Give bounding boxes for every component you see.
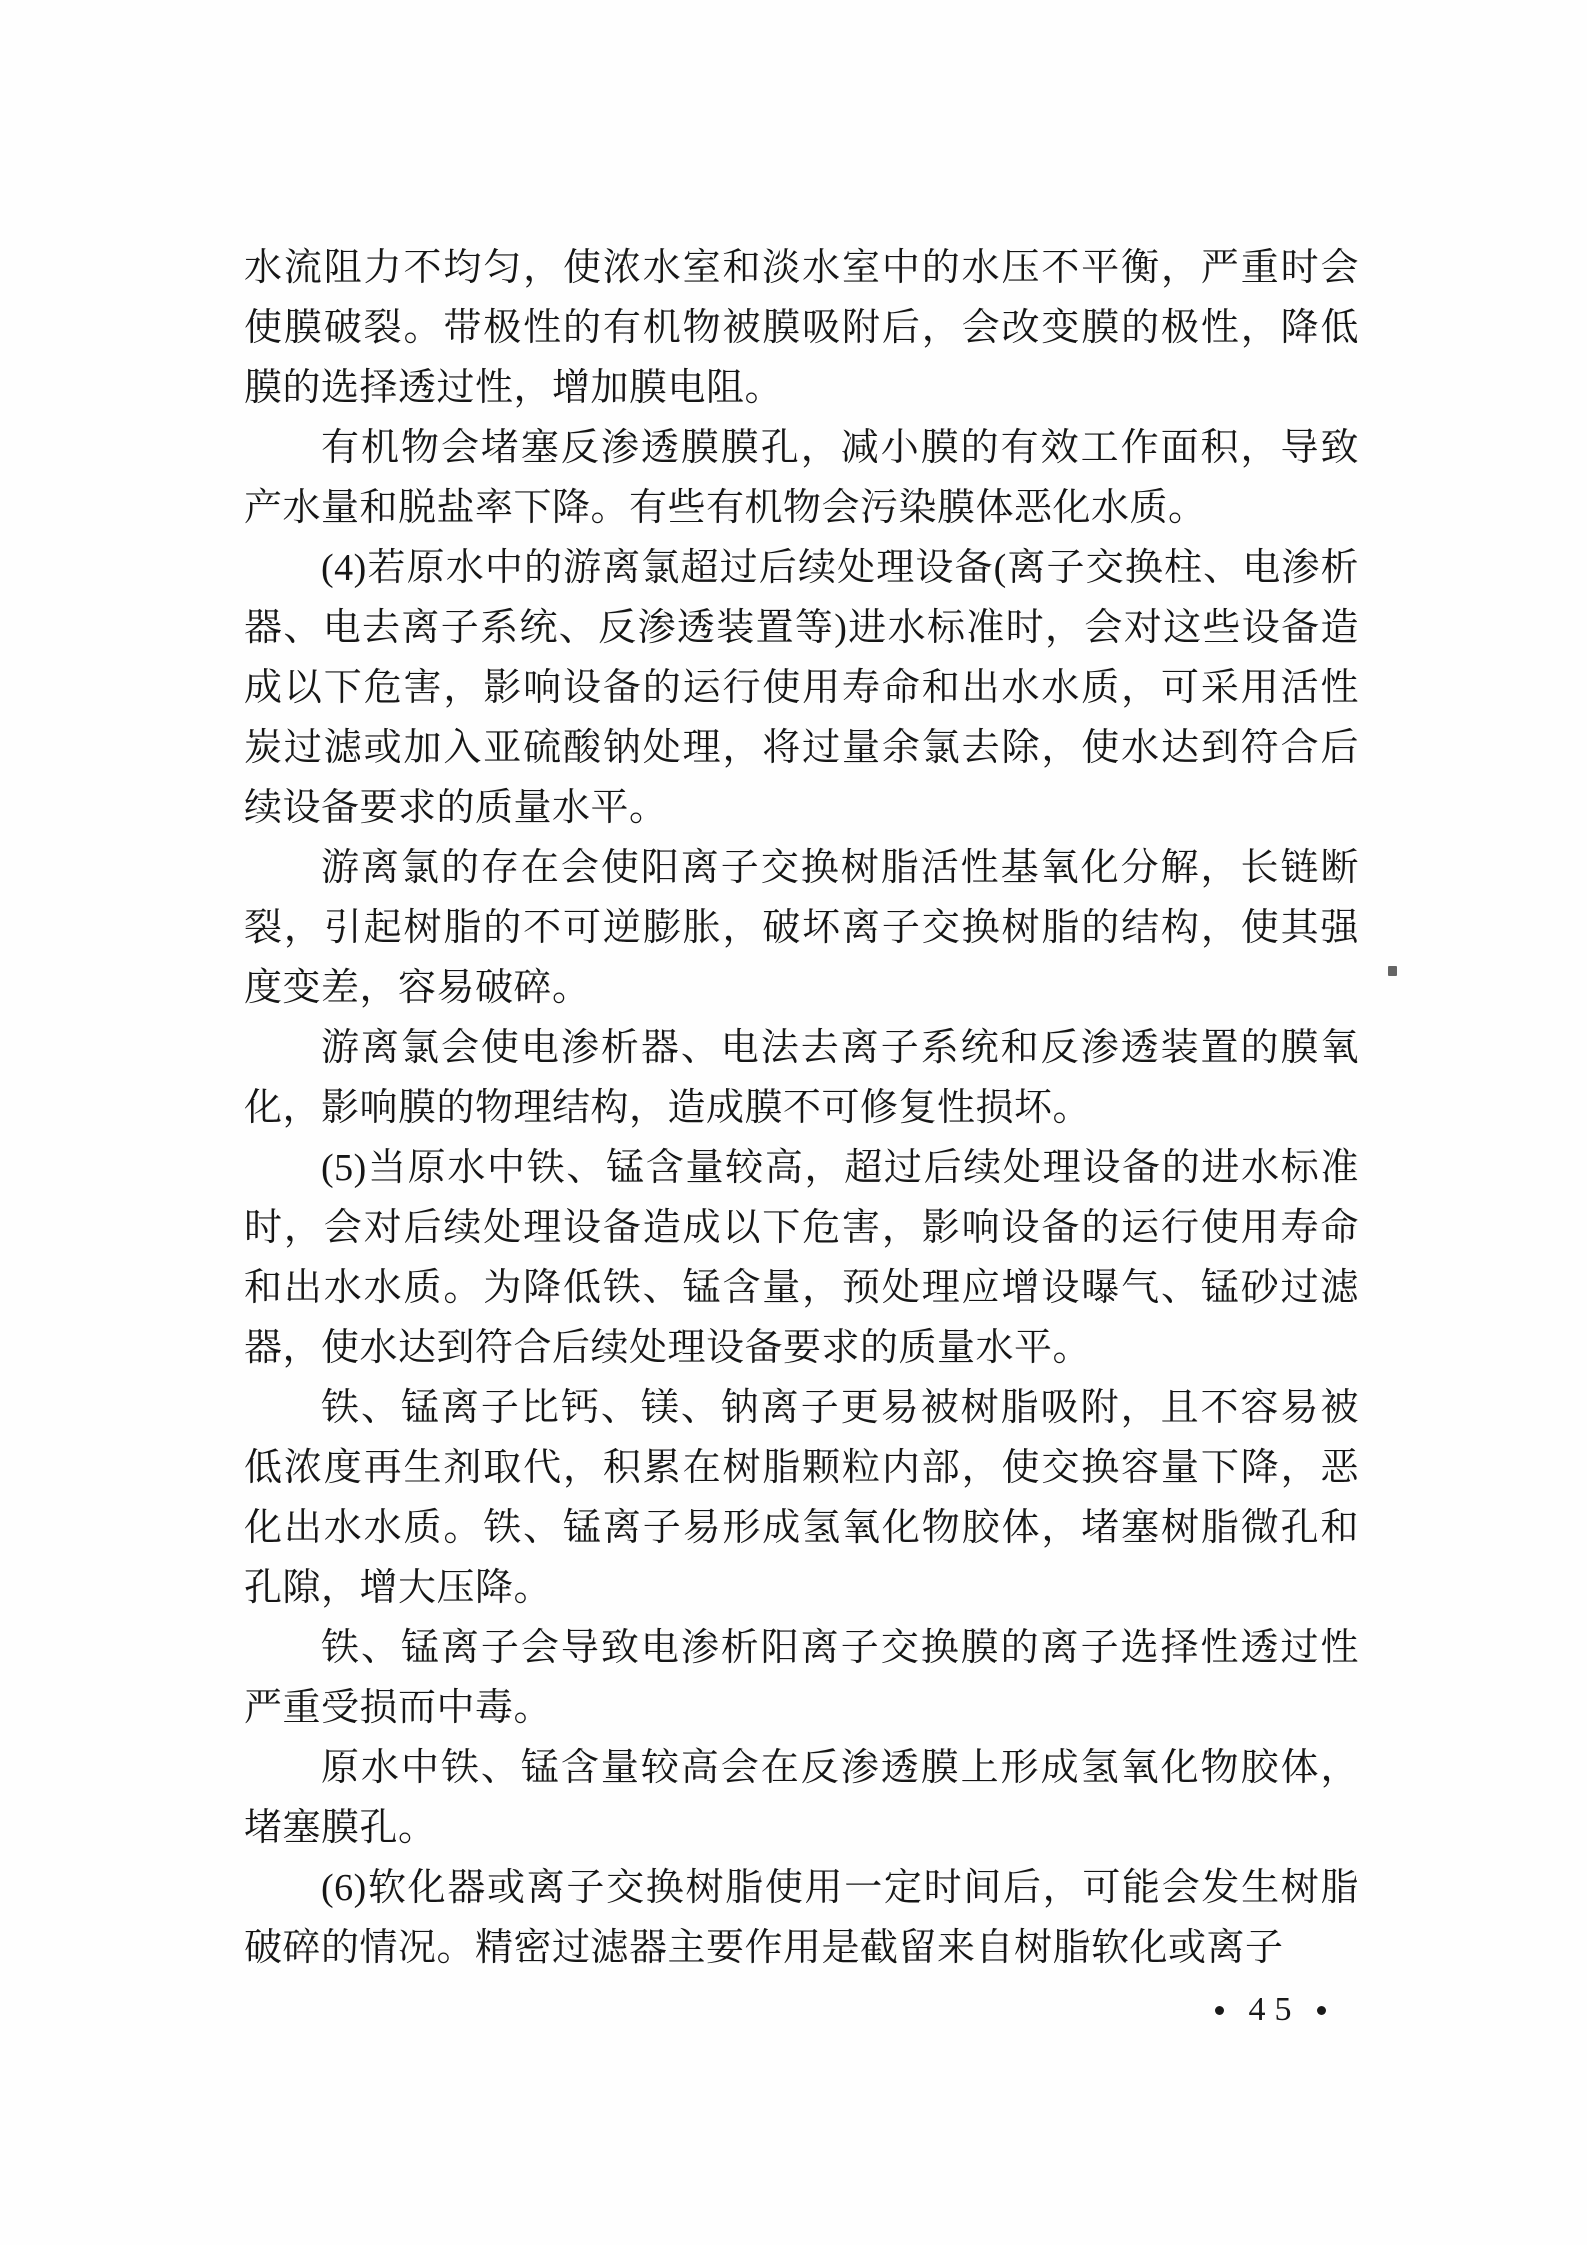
page-number-left-dot-icon bbox=[1215, 2006, 1224, 2015]
paragraph: (4)若原水中的游离氯超过后续处理设备(离子交换柱、电渗析器、电去离子系统、反渗… bbox=[244, 538, 1359, 838]
text-block: 水流阻力不均匀，使浓水室和淡水室中的水压不平衡，严重时会使膜破裂。带极性的有机物… bbox=[244, 238, 1359, 1978]
page-number: 45 bbox=[1205, 1988, 1335, 2032]
paragraph: 游离氯的存在会使阳离子交换树脂活性基氧化分解，长链断裂，引起树脂的不可逆膨胀，破… bbox=[244, 838, 1359, 1018]
paragraph: 原水中铁、锰含量较高会在反渗透膜上形成氢氧化物胶体，堵塞膜孔。 bbox=[244, 1738, 1359, 1858]
paragraph: 水流阻力不均匀，使浓水室和淡水室中的水压不平衡，严重时会使膜破裂。带极性的有机物… bbox=[244, 238, 1359, 418]
paragraph: 铁、锰离子会导致电渗析阳离子交换膜的离子选择性透过性严重受损而中毒。 bbox=[244, 1618, 1359, 1738]
scanned-book-page: 水流阻力不均匀，使浓水室和淡水室中的水压不平衡，严重时会使膜破裂。带极性的有机物… bbox=[0, 0, 1587, 2245]
paragraph: 游离氯会使电渗析器、电法去离子系统和反渗透装置的膜氧化，影响膜的物理结构，造成膜… bbox=[244, 1018, 1359, 1138]
page-number-right-dot-icon bbox=[1317, 2006, 1326, 2015]
paragraph: (6)软化器或离子交换树脂使用一定时间后，可能会发生树脂破碎的情况。精密过滤器主… bbox=[244, 1858, 1359, 1978]
paragraph: 铁、锰离子比钙、镁、钠离子更易被树脂吸附，且不容易被低浓度再生剂取代，积累在树脂… bbox=[244, 1378, 1359, 1618]
paragraph: (5)当原水中铁、锰含量较高，超过后续处理设备的进水标准时，会对后续处理设备造成… bbox=[244, 1138, 1359, 1378]
scan-artifact bbox=[1388, 966, 1397, 976]
paragraph: 有机物会堵塞反渗透膜膜孔，减小膜的有效工作面积，导致产水量和脱盐率下降。有些有机… bbox=[244, 418, 1359, 538]
page-number-value: 45 bbox=[1240, 1991, 1301, 2029]
